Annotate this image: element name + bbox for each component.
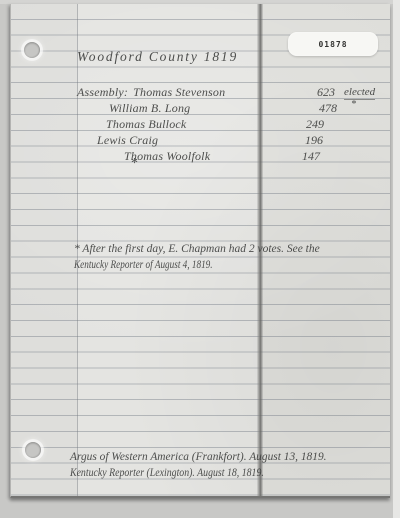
candidate-name: Thomas Bullock (106, 118, 186, 130)
footnote-line-2: Kentucky Reporter of August 4, 1819. (74, 260, 213, 272)
scanner-edge-right (393, 0, 400, 518)
footnote-marker: * (131, 157, 138, 171)
footnote-line-1: * After the first day, E. Chapman had 2 … (74, 244, 320, 256)
vote-count: 623 (317, 86, 335, 98)
source-citation-2: Kentucky Reporter (Lexington). August 18… (70, 466, 264, 478)
catalog-number: 01878 (318, 40, 347, 49)
vote-count: 196 (305, 134, 323, 146)
vote-count: 249 (306, 118, 324, 130)
page-title: Woodford County 1819 (77, 50, 238, 64)
assembly-heading: Assembly: (77, 85, 128, 99)
source-citation-1: Argus of Western America (Frankfort). Au… (70, 450, 327, 462)
candidate-name: Lewis Craig (97, 134, 158, 146)
punch-hole-bottom (25, 442, 41, 458)
elected-annotation: elected (344, 87, 375, 100)
punch-hole-top (24, 42, 40, 58)
assembly-row-1: Assembly:Thomas Stevenson (77, 86, 225, 98)
candidate-name: William B. Long (109, 102, 190, 114)
ditto-annotation: * (351, 100, 356, 110)
catalog-number-sticker: 01878 (288, 32, 378, 56)
vote-count: 478 (319, 102, 337, 114)
vote-count: 147 (302, 150, 320, 162)
candidate-name: Thomas Stevenson (133, 85, 225, 99)
